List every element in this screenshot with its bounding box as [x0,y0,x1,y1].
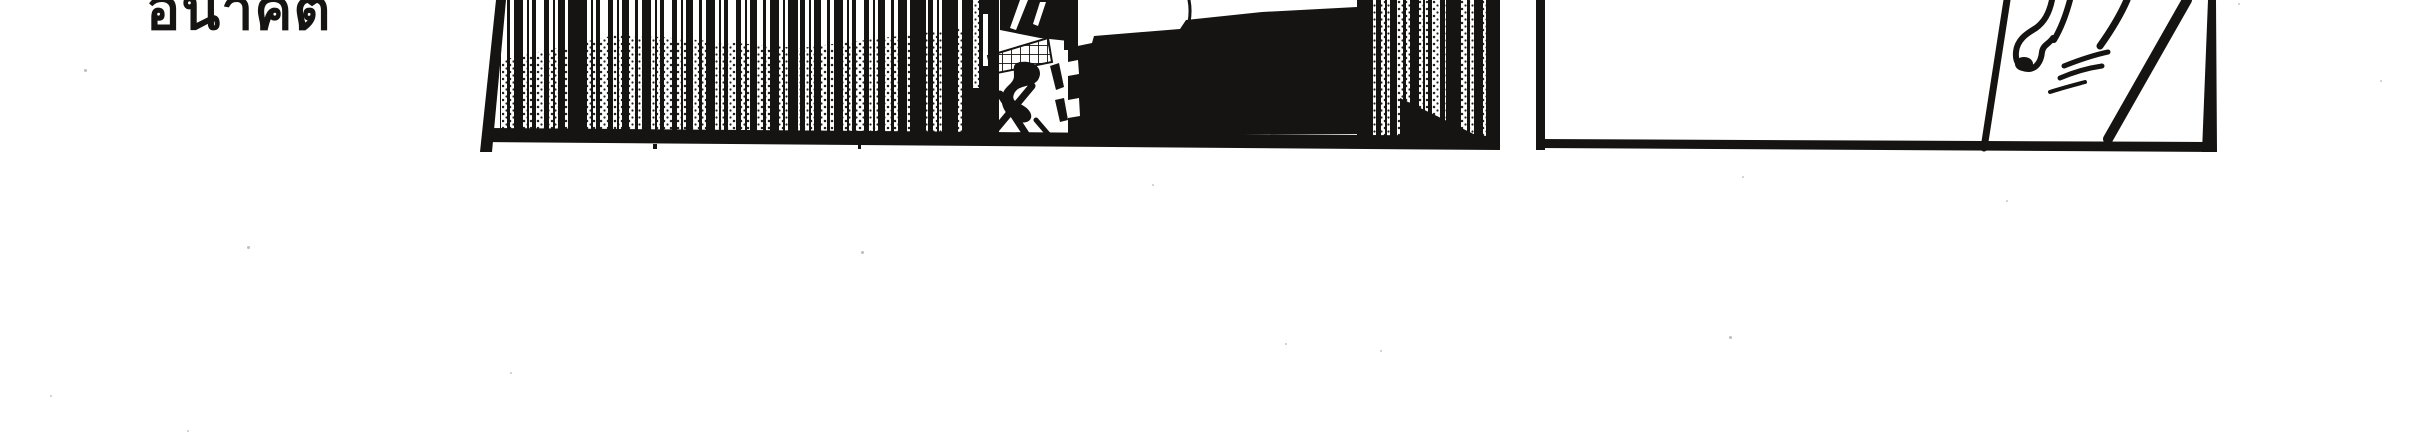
scan-speck [247,246,250,249]
scan-speck [187,430,189,432]
chair-foot-line [1036,120,1048,134]
striped-wall-right [1357,0,1500,142]
hand-inner-edge [2054,0,2070,40]
motion-lines [2050,52,2108,92]
scan-speck [1742,176,1744,178]
small-object-bar [1050,63,1064,90]
panel-border-bottom [1536,139,2217,152]
chair-figure-silhouette [965,0,1078,134]
scan-speck [1152,184,1154,186]
panel-hand-closeup [1536,0,2218,154]
panel-interior-scene [480,0,1503,152]
panel-border-left [1536,0,1545,150]
manga-page-fragment: อนาคต [0,0,2415,440]
ink-tuft [653,144,657,149]
scan-speck [510,372,512,374]
scan-speck [1380,350,1382,352]
small-object-bar [1055,98,1068,122]
panel-border-right [2202,0,2217,152]
thumb-tip-blob [2015,57,2033,71]
caption-text: อนาคต [146,0,331,42]
scan-speck [1729,336,1732,339]
inset-divider-line [1984,0,2007,148]
scan-speck [84,69,87,72]
scan-speck [2238,3,2240,5]
scan-speck [50,395,52,397]
striped-wall-left [500,0,965,134]
ink-tuft [858,145,861,149]
scan-speck [2380,80,2382,82]
scan-speck [1285,343,1287,345]
desk-silhouette [1068,0,1357,134]
hand-outer-edge [2100,0,2127,46]
thumb-art [2015,0,2127,71]
scan-speck [861,251,864,254]
scan-speck [2006,200,2008,202]
